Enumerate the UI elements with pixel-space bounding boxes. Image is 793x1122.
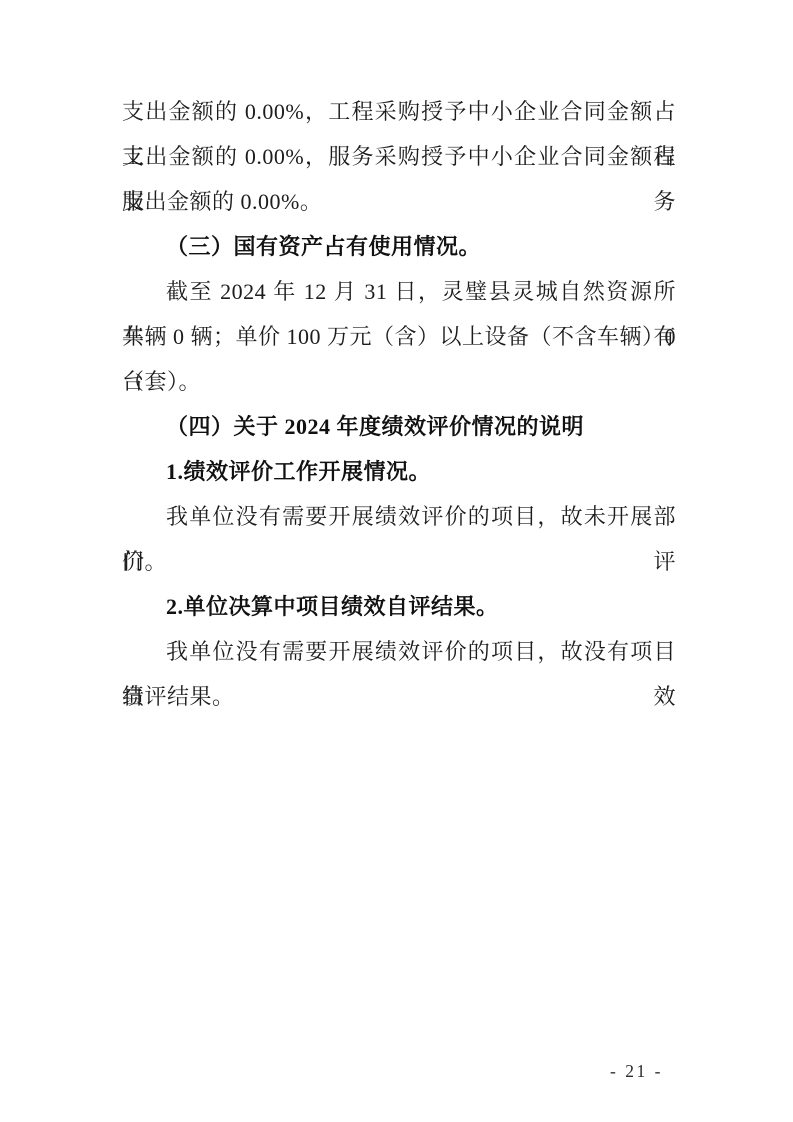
- subheading-evaluation-work: 1.绩效评价工作开展情况。: [122, 449, 676, 494]
- text-line: 截至 2024 年 12 月 31 日，灵璧县灵城自然资源所共有: [122, 269, 676, 314]
- document-body: 支出金额的 0.00%，工程采购授予中小企业合同金额占工程 支出金额的 0.00…: [122, 89, 676, 719]
- text-line: 我单位没有需要开展绩效评价的项目，故未开展部门评: [122, 494, 676, 539]
- subheading-self-evaluation-results: 2.单位决算中项目绩效自评结果。: [122, 584, 676, 629]
- section-heading-performance-evaluation: （四）关于 2024 年度绩效评价情况的说明: [122, 404, 676, 449]
- paragraph-no-department-evaluation: 我单位没有需要开展绩效评价的项目，故未开展部门评 价。: [122, 494, 676, 584]
- document-page: 支出金额的 0.00%，工程采购授予中小企业合同金额占工程 支出金额的 0.00…: [0, 0, 793, 1122]
- text-line: 我单位没有需要开展绩效评价的项目，故没有项目绩效: [122, 629, 676, 674]
- paragraph-procurement: 支出金额的 0.00%，工程采购授予中小企业合同金额占工程 支出金额的 0.00…: [122, 89, 676, 224]
- text-line: 车辆 0 辆；单价 100 万元（含）以上设备（不含车辆）0 台: [122, 314, 676, 359]
- text-line: 支出金额的 0.00%，服务采购授予中小企业合同金额占服务: [122, 134, 676, 179]
- paragraph-state-assets: 截至 2024 年 12 月 31 日，灵璧县灵城自然资源所共有 车辆 0 辆；…: [122, 269, 676, 404]
- section-heading-state-assets: （三）国有资产占有使用情况。: [122, 224, 676, 269]
- page-number: - 21 -: [610, 1059, 663, 1083]
- paragraph-no-self-evaluation: 我单位没有需要开展绩效评价的项目，故没有项目绩效 自评结果。: [122, 629, 676, 719]
- text-line: （套）。: [122, 359, 676, 404]
- text-line: 支出金额的 0.00%，工程采购授予中小企业合同金额占工程: [122, 89, 676, 134]
